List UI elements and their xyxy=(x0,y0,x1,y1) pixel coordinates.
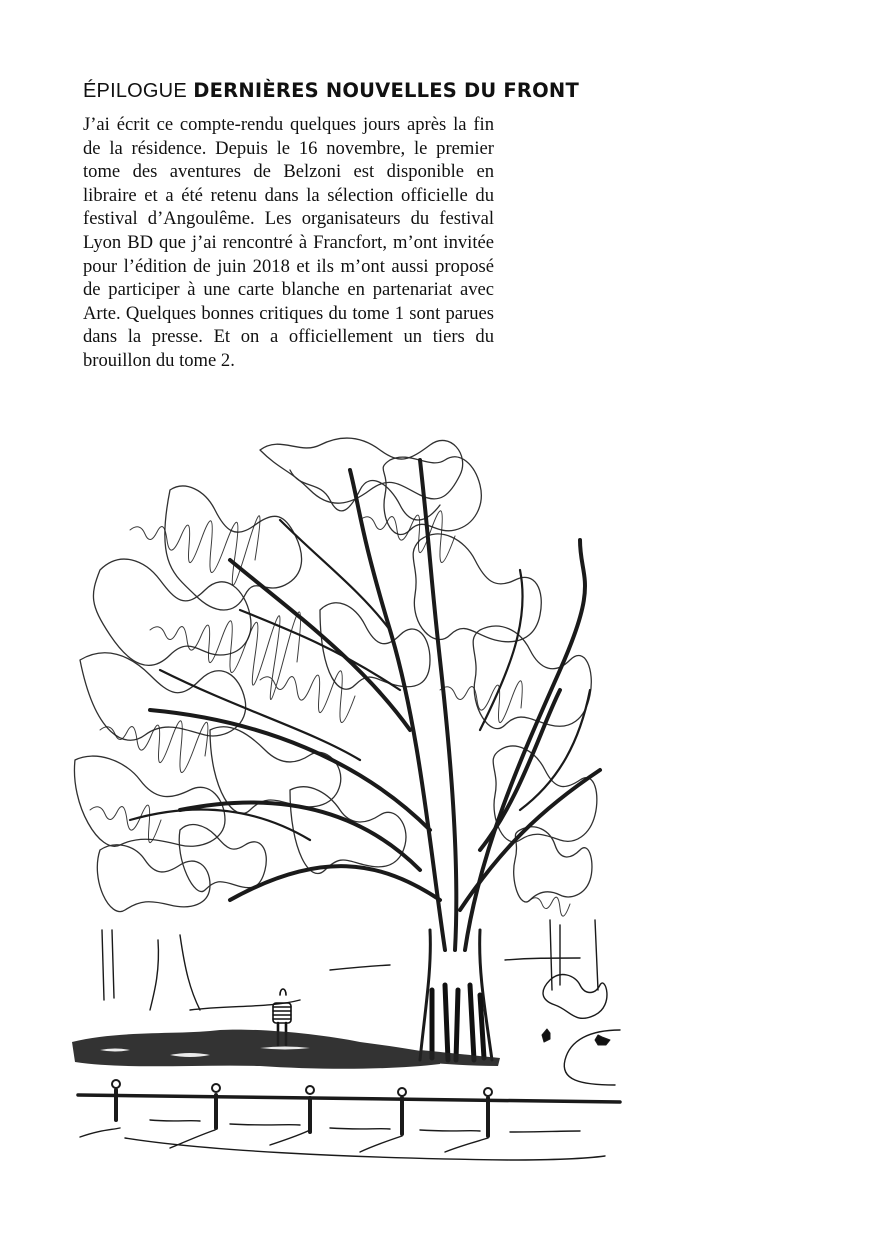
chapter-heading: ÉPILOGUE DERNIÈRES NOUVELLES DU FRONT xyxy=(83,78,523,104)
chapter-title: DERNIÈRES NOUVELLES DU FRONT xyxy=(193,79,579,102)
section-label: ÉPILOGUE xyxy=(83,80,187,102)
tree-sketch-icon xyxy=(60,430,640,1170)
epilogue-paragraph: J’ai écrit ce compte-rendu quelques jour… xyxy=(83,113,494,373)
tree-illustration xyxy=(60,430,640,1170)
